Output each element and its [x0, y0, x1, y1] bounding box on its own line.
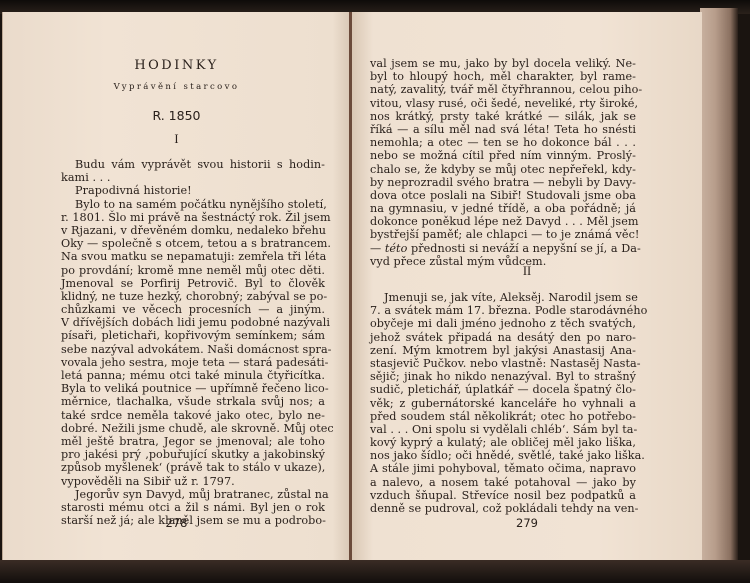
- photo-background-bottom: [0, 560, 750, 583]
- text-line: chalo se, že kdyby se můj otec nepřeřekl…: [370, 163, 636, 176]
- text-line: po provdání; kromě mne neměl můj otec dě…: [61, 264, 325, 277]
- text-line: vovala jeho sestra, moje teta — stará pa…: [61, 356, 325, 369]
- text-line: dobré. Nežili jsme chudě, ale skrovně. M…: [61, 422, 325, 435]
- text-line: obyčeje mi dali jméno jednoho z těch sva…: [370, 317, 636, 330]
- page-number-left: 278: [3, 516, 350, 530]
- text-line: sebe nazýval advokátem. Naši domácnost s…: [61, 343, 325, 356]
- text-line: stasjevič Pučkov. nebo vlastně: Nastasěj…: [370, 357, 636, 370]
- chapter-subtitle: Vyprávění starcovo: [3, 82, 350, 92]
- text-line: klidný, ne tuze hezký, chorobný; zabýval…: [61, 290, 325, 303]
- text-line: před soudem stál několikrát; otec ho pot…: [370, 410, 636, 423]
- text-line: starosti mému otci a žil s námi. Byl jen…: [61, 501, 325, 514]
- text-line: vypověděli na Sibiř už r. 1797.: [61, 475, 325, 488]
- text-line: říká — a sílu měl nad svá léta! Teta ho …: [370, 123, 636, 136]
- text-line: měl ještě bratra, Jegor se jmenoval; ale…: [61, 435, 325, 448]
- text-line: způsob myšlenek‘ (právě tak to stálo v u…: [61, 461, 325, 474]
- text-line: sějič; jinak ho nikdo nenazýval. Byl to …: [370, 370, 636, 383]
- text-line: val . . . Oni spolu si vydělali chléb‘. …: [370, 423, 636, 436]
- text-line: letá panna; mému otci také minula čtyřic…: [61, 369, 325, 382]
- text-line: sudič, pletichář, úplatkář — docela špat…: [370, 383, 636, 396]
- book-cover-edge: [700, 8, 738, 560]
- text-line: chůzkami ve věcech procesních — a jiným.: [61, 303, 325, 316]
- text-line-with-italic: — této přednosti si neváží a nepyšní se …: [370, 242, 636, 255]
- text-line: v Rjazani, v dřevěném domku, nedaleko bř…: [61, 224, 325, 237]
- text-line: Oky — společně s otcem, tetou a s bratra…: [61, 237, 325, 250]
- right-page-body-part1: val jsem se mu, jako by byl docela velik…: [370, 57, 636, 268]
- text-line: A stále jimi pohyboval, těmato očima, na…: [370, 462, 636, 475]
- text-line: byl to hloupý hoch, měl charakter, byl r…: [370, 70, 636, 83]
- left-page-body: Budu vám vyprávět svou historii s hodin-…: [61, 158, 325, 527]
- text-line: denně se pudroval, což pokládali tehdy n…: [370, 502, 636, 515]
- text-line: Prapodivná historie!: [61, 184, 325, 197]
- emphasized-word: této: [385, 242, 408, 255]
- text-line: val jsem se mu, jako by byl docela velik…: [370, 57, 636, 70]
- chapter-year: R. 1850: [3, 108, 350, 123]
- text-line: Jmenuji se, jak víte, Aleksěj. Narodil j…: [370, 291, 636, 304]
- section-heading-2: II: [352, 264, 702, 279]
- text-line: Jegorův syn Davyd, můj bratranec, zůstal…: [61, 488, 325, 501]
- text-line: pro jakési prý ‚pobuřující skutky a jako…: [61, 448, 325, 461]
- left-page: HODINKY Vyprávění starcovo R. 1850 I Bud…: [2, 12, 350, 562]
- text-line: a nalevo, a nosem také potahoval — jako …: [370, 476, 636, 489]
- text-line: nebo se možná cítil před ním vinným. Pro…: [370, 149, 636, 162]
- text-line: Jmenoval se Porfirij Petrovič. Byl to čl…: [61, 277, 325, 290]
- right-page: val jsem se mu, jako by byl docela velik…: [352, 12, 702, 562]
- text-line: Bylo to na samém počátku nynějšího stole…: [61, 198, 325, 211]
- text-line: také srdce neměla takové jako otec, bylo…: [61, 409, 325, 422]
- section-heading: I: [3, 132, 350, 147]
- text-line: by neprozradil svého bratra — nebyli by …: [370, 176, 636, 189]
- text-line: nemohla; a otec — ten se ho dokonce bál …: [370, 136, 636, 149]
- text-line: dova otce poslali na Sibiř! Studovali js…: [370, 189, 636, 202]
- text-line: kový kyprý a kulatý; ale obličej měl jak…: [370, 436, 636, 449]
- text-line: Na svou matku se nepamatuji: zemřela tři…: [61, 250, 325, 263]
- text-line: natý, zavalitý, tvář měl čtyřhrannou, ce…: [370, 83, 636, 96]
- text-line: dokonce poněkud lépe než Davyd . . . Měl…: [370, 215, 636, 228]
- text-line: na gymnasiu, v jedné třídě, a oba pořádn…: [370, 202, 636, 215]
- text-line: Budu vám vyprávět svou historii s hodin-: [61, 158, 325, 171]
- text-line: jehož svátek připadá na desátý den po na…: [370, 331, 636, 344]
- text-line: vzduch šňupal. Střevíce nosil bez podpat…: [370, 489, 636, 502]
- text-line: r. 1801. Šlo mi právě na šestnáctý rok. …: [61, 211, 325, 224]
- text-line: Byla to veliká poutnice — upřímně řečeno…: [61, 382, 325, 395]
- text-line: nos jako šídlo; oči hnědé, světlé, také …: [370, 449, 636, 462]
- text-line: vitou, vlasy rusé, oči šedé, neveliké, r…: [370, 97, 636, 110]
- text-line: měrnice, tlachalka, všude strkala svůj n…: [61, 395, 325, 408]
- text-line: písaři, pletichaři, kopřivovým semínkem;…: [61, 329, 325, 342]
- text-line: 7. a svátek mám 17. března. Podle starod…: [370, 304, 636, 317]
- text-line: nos krátký, prsty také krátké — silák, j…: [370, 110, 636, 123]
- text-line: věk; z gubernátorské kanceláře ho vyhnal…: [370, 397, 636, 410]
- text-line: kami . . .: [61, 171, 325, 184]
- text-line: bystřejší paměť; ale chlapci — to je zná…: [370, 228, 636, 241]
- page-number-right: 279: [352, 516, 702, 530]
- text-line: zení. Mým kmotrem byl jakýsi Anastasij A…: [370, 344, 636, 357]
- text-line: V dřívějších dobách lidi jemu podobné na…: [61, 316, 325, 329]
- right-page-body-part2: Jmenuji se, jak víte, Aleksěj. Narodil j…: [370, 291, 636, 515]
- chapter-title: HODINKY: [3, 58, 350, 73]
